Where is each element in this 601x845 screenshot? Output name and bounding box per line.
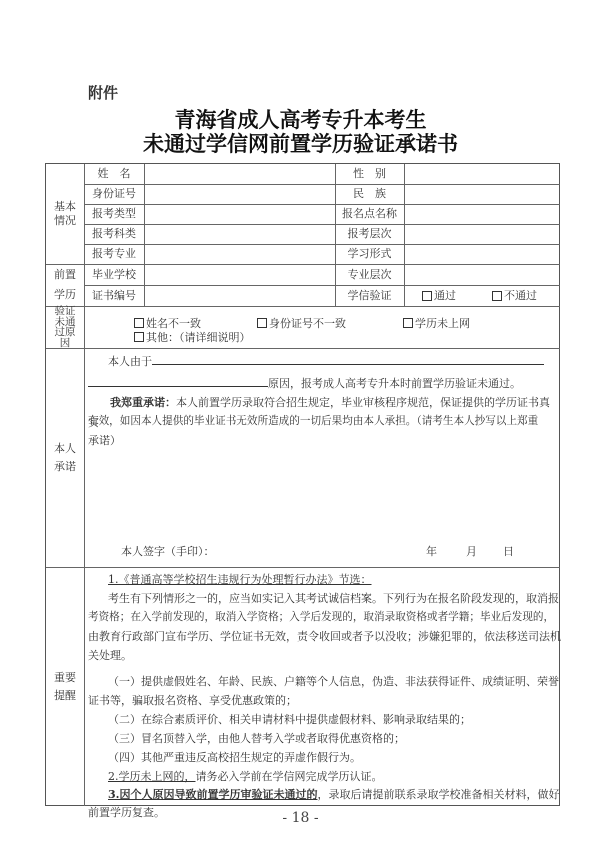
option-fail-label: 不通过 [504,289,537,303]
reminder-item2-text: 请务必入学前在学信网完成学历认证。 [196,770,383,783]
reminder-item1-line: 考资格；在入学前发现的，取消入学资格；入学后发现的，取消录取资格或者学籍；毕业后… [88,608,554,628]
checkbox-icon [422,291,432,301]
label-id-number: 身份证号 [84,184,144,204]
field-study-mode[interactable] [405,244,560,264]
page-title-line2: 未通过学信网前置学历验证承诺书 [0,128,601,158]
option-label: 学历未上网 [415,317,470,330]
reminder-item2: 2.学历未上网的，请务必入学前在学信网完成学历认证。 [108,767,383,787]
date-year-label: 年 [426,542,437,562]
label-exam-category: 报考科类 [84,224,144,244]
reminder-sub-item: （二）在综合素质评价、相关申请材料中提供虚假材料、影响录取结果的； [108,710,471,730]
option-label: 其他：（请详细说明） [146,331,251,344]
option-label: 身份证号不一致 [269,317,346,330]
reminder-sub-item: （三）冒名顶替入学，由他人替考入学或者取得优惠资格的； [108,729,405,749]
reason-blank-1[interactable] [152,352,544,365]
label-major: 报考专业 [84,244,144,264]
reminder-item3-text: ，录取后请提前联系录取学校准备相关材料，做好 [317,788,559,801]
section-label-prior-education: 前置 学历 [46,264,84,306]
commitment-suffix: 原因，报考成人高考专升本时前置学历验证未通过。 [268,377,521,390]
label-registration-site: 报名点名称 [335,204,404,224]
label-certificate-number: 证书编号 [84,285,144,306]
field-major-level[interactable] [405,264,560,285]
pledge-line3: 承诺） [88,431,121,451]
field-ethnicity[interactable] [405,184,560,204]
label-ethnicity: 民 族 [335,184,404,204]
field-exam-category[interactable] [145,224,335,244]
reminder-item2-title: 2.学历未上网的， [108,770,196,783]
commitment-line2: 原因，报考成人高考专升本时前置学历验证未通过。 [88,374,558,394]
reminder-item1-title: 1.《普通高等学校招生违规行为处理暂行办法》节选： [108,570,372,590]
checkbox-id-mismatch[interactable]: 身份证号不一致 [257,314,346,334]
label-exam-type: 报考类型 [84,204,144,224]
label-study-mode: 学习形式 [335,244,404,264]
pledge-line2: 有效，如因本人提供的毕业证书无效所造成的一切后果均由本人承担。（请考生本人抄写以… [88,412,560,432]
checkbox-pass[interactable]: 通过 [422,285,482,306]
reminder-item3: 3.因个人原因导致前置学历审验证未通过的，录取后请提前联系录取学校准备相关材料，… [108,785,559,805]
reminder-item1-line: 考生有下列情形之一的，应当如实记入其考试诚信档案。下列行为在报名阶段发现的，取消… [108,589,559,609]
checkbox-other[interactable]: 其他：（请详细说明） [134,328,251,348]
checkbox-icon [492,291,502,301]
checkbox-icon [403,318,413,328]
label-gender: 性 别 [335,164,404,184]
reminder-sub-item: （一）提供虚假姓名、年龄、民族、户籍等个人信息，伪造、非法获得证件、成绩证明、荣… [108,672,559,692]
option-pass-label: 通过 [434,289,456,303]
field-major[interactable] [145,244,335,264]
field-id-number[interactable] [145,184,335,204]
commitment-prefix: 本人由于 [108,355,152,368]
commitment-line1: 本人由于 [108,352,558,372]
checkbox-fail[interactable]: 不通过 [492,285,560,306]
field-certificate-number[interactable] [145,285,335,306]
field-graduate-school[interactable] [145,264,335,285]
commitment-form-table: 基本 情况 前置 学历 验证 未通 过原 因 本人 承诺 重要 提醒 姓 名 性… [45,163,560,806]
checkbox-icon [134,332,144,342]
reminder-sub-item: 证书等，骗取报名资格、享受优惠政策的； [88,691,297,711]
reminder-item1-line: 由教育行政部门宣布学历、学位证书无效，责令收回或者予以没收；涉嫌犯罪的，依法移送… [88,627,561,647]
date-day-label: 日 [503,542,514,562]
page-number: - 18 - [0,810,601,826]
field-exam-level[interactable] [405,224,560,244]
reminder-sub-item: （四）其他严重违反高校招生规定的弄虚作假行为。 [108,748,361,768]
section-label-commitment: 本人 承诺 [46,348,84,567]
field-registration-site[interactable] [405,204,560,224]
checkbox-icon [257,318,267,328]
checkbox-icon [134,318,144,328]
reminder-item3-title: 3.因个人原因导致前置学历审验证未通过的 [108,788,317,801]
field-exam-type[interactable] [145,204,335,224]
pledge-heading: 我郑重承诺： [110,396,176,409]
field-name[interactable] [145,164,335,184]
reason-blank-2[interactable] [88,374,268,387]
label-name: 姓 名 [84,164,144,184]
section-label-basic-info: 基本 情况 [46,164,84,264]
section-label-reminders: 重要 提醒 [46,567,84,806]
reminder-item1-line: 关处理。 [88,646,132,666]
field-gender[interactable] [405,164,560,184]
section-label-failure-reason: 验证 未通 过原 因 [46,306,84,348]
label-major-level: 专业层次 [335,264,404,285]
label-exam-level: 报考层次 [335,224,404,244]
signature-label: 本人签字（手印）： [121,542,215,562]
label-chsi-verification: 学信验证 [335,285,404,306]
date-month-label: 月 [466,542,477,562]
checkbox-not-online[interactable]: 学历未上网 [403,314,470,334]
attachment-label: 附件 [88,82,118,103]
label-graduate-school: 毕业学校 [84,264,144,285]
